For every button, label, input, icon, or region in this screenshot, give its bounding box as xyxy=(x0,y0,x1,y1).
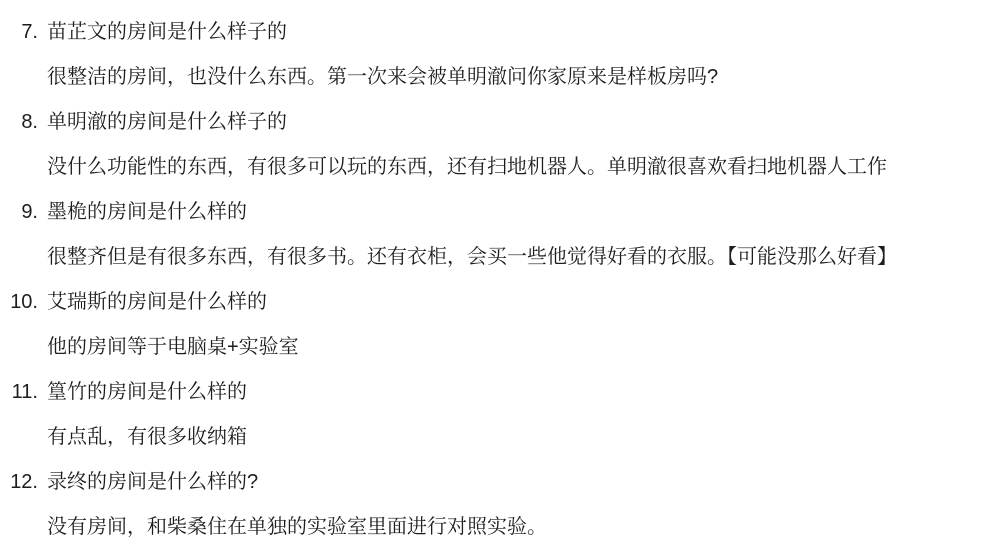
qa-item-12: 12. 录终的房间是什么样的? 没有房间，和柴桑住在单独的实验室里面进行对照实验… xyxy=(0,459,1000,549)
answer-text: 没什么功能性的东西，有很多可以玩的东西，还有扫地机器人。单明澈很喜欢看扫地机器人… xyxy=(47,153,887,181)
question-text: 苗芷文的房间是什么样子的 xyxy=(47,18,287,46)
list-number: 11. xyxy=(0,378,38,406)
question-row: 12. 录终的房间是什么样的? xyxy=(0,459,1000,504)
list-number: 10. xyxy=(0,288,38,316)
list-number: 8. xyxy=(0,108,38,136)
answer-text: 没有房间，和柴桑住在单独的实验室里面进行对照实验。 xyxy=(47,513,547,541)
qa-item-10: 10. 艾瑞斯的房间是什么样的 他的房间等于电脑桌+实验室 xyxy=(0,279,1000,369)
answer-text: 有点乱，有很多收纳箱 xyxy=(47,423,247,451)
answer-row: 很整齐但是有很多东西，有很多书。还有衣柜，会买一些他觉得好看的衣服。【可能没那么… xyxy=(0,234,1000,279)
list-number: 12. xyxy=(0,468,38,496)
page: { "document": { "background_color": "#ff… xyxy=(0,0,1000,551)
qa-item-9: 9. 墨桅的房间是什么样的 很整齐但是有很多东西，有很多书。还有衣柜，会买一些他… xyxy=(0,189,1000,279)
answer-text: 很整齐但是有很多东西，有很多书。还有衣柜，会买一些他觉得好看的衣服。【可能没那么… xyxy=(47,243,897,271)
question-text: 墨桅的房间是什么样的 xyxy=(47,198,247,226)
answer-row: 有点乱，有很多收纳箱 xyxy=(0,414,1000,459)
qa-item-11: 11. 篁竹的房间是什么样的 有点乱，有很多收纳箱 xyxy=(0,369,1000,459)
answer-row: 他的房间等于电脑桌+实验室 xyxy=(0,324,1000,369)
question-row: 11. 篁竹的房间是什么样的 xyxy=(0,369,1000,414)
question-text: 录终的房间是什么样的? xyxy=(47,468,258,496)
qa-item-7: 7. 苗芷文的房间是什么样子的 很整洁的房间，也没什么东西。第一次来会被单明澈问… xyxy=(0,9,1000,99)
question-text: 艾瑞斯的房间是什么样的 xyxy=(47,288,267,316)
qa-item-8: 8. 单明澈的房间是什么样子的 没什么功能性的东西，有很多可以玩的东西，还有扫地… xyxy=(0,99,1000,189)
answer-row: 没有房间，和柴桑住在单独的实验室里面进行对照实验。 xyxy=(0,504,1000,549)
question-text: 篁竹的房间是什么样的 xyxy=(47,378,247,406)
question-text: 单明澈的房间是什么样子的 xyxy=(47,108,287,136)
list-number: 7. xyxy=(0,18,38,46)
answer-text: 他的房间等于电脑桌+实验室 xyxy=(47,333,299,361)
answer-row: 没什么功能性的东西，有很多可以玩的东西，还有扫地机器人。单明澈很喜欢看扫地机器人… xyxy=(0,144,1000,189)
question-row: 10. 艾瑞斯的房间是什么样的 xyxy=(0,279,1000,324)
question-row: 8. 单明澈的房间是什么样子的 xyxy=(0,99,1000,144)
answer-text: 很整洁的房间，也没什么东西。第一次来会被单明澈问你家原来是样板房吗? xyxy=(47,63,718,91)
qa-document: 7. 苗芷文的房间是什么样子的 很整洁的房间，也没什么东西。第一次来会被单明澈问… xyxy=(0,0,1000,549)
answer-row: 很整洁的房间，也没什么东西。第一次来会被单明澈问你家原来是样板房吗? xyxy=(0,54,1000,99)
list-number: 9. xyxy=(0,198,38,226)
question-row: 7. 苗芷文的房间是什么样子的 xyxy=(0,9,1000,54)
question-row: 9. 墨桅的房间是什么样的 xyxy=(0,189,1000,234)
